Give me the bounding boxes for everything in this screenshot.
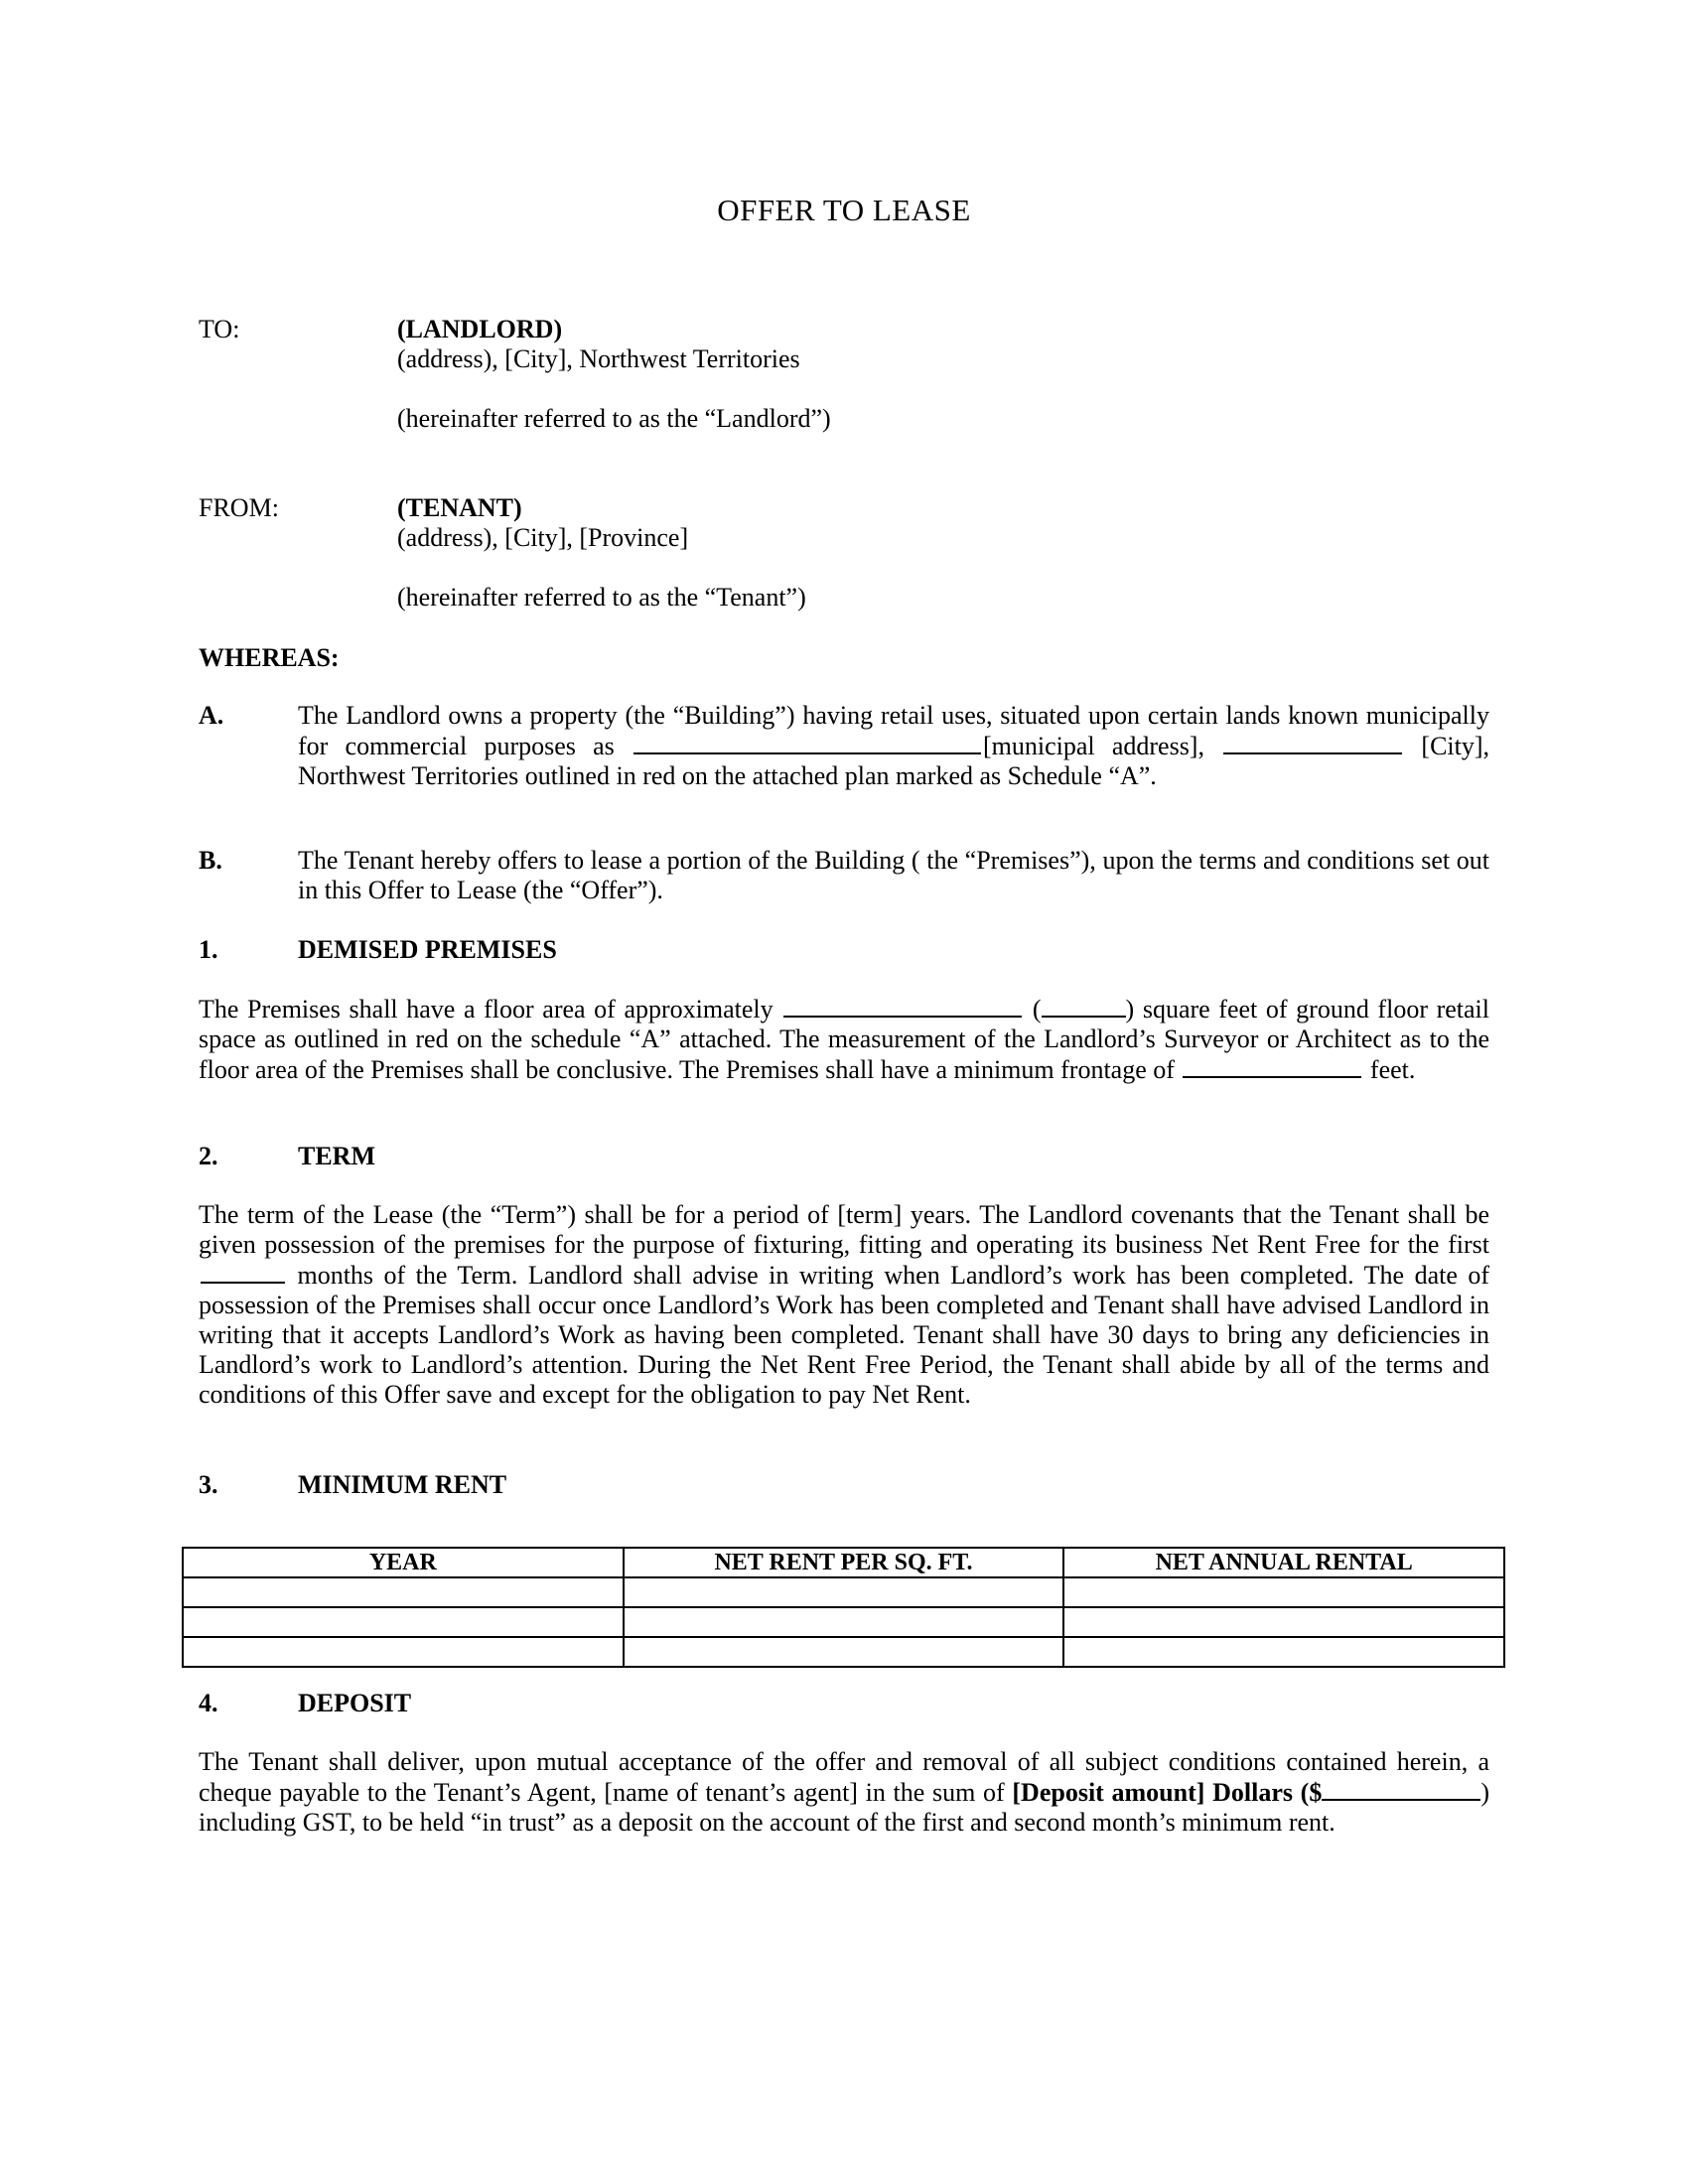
section-1-text: The Premises shall have a floor area of … xyxy=(199,994,1489,1085)
section-4-number: 4. xyxy=(199,1689,218,1718)
recital-a-marker: A. xyxy=(199,701,223,731)
from-label: FROM: xyxy=(199,493,279,523)
column-header-net-rent-per-sq-ft: NET RENT PER SQ. FT. xyxy=(624,1548,1064,1577)
table-cell[interactable] xyxy=(1063,1577,1504,1607)
table-cell[interactable] xyxy=(624,1607,1064,1637)
table-cell[interactable] xyxy=(1063,1607,1504,1637)
section-2-text: The term of the Lease (the “Term”) shall… xyxy=(199,1200,1489,1410)
section-3-number: 3. xyxy=(199,1470,218,1500)
tenant-block: (TENANT) (address), [City], [Province] (… xyxy=(397,493,806,613)
landlord-name: (LANDLORD) xyxy=(397,315,831,344)
section-1-title: DEMISED PREMISES xyxy=(298,935,557,965)
landlord-address: (address), [City], Northwest Territories xyxy=(397,344,831,374)
table-cell[interactable] xyxy=(183,1637,624,1667)
table-row xyxy=(183,1577,1504,1607)
frontage-blank[interactable] xyxy=(1183,1054,1361,1078)
section-2-title: TERM xyxy=(298,1142,375,1171)
tenant-reference: (hereinafter referred to as the “Tenant”… xyxy=(397,583,806,613)
document-page: OFFER TO LEASE TO: (LANDLORD) (address),… xyxy=(0,0,1688,2184)
table-cell[interactable] xyxy=(183,1577,624,1607)
column-header-net-annual-rental: NET ANNUAL RENTAL xyxy=(1063,1548,1504,1577)
table-row xyxy=(183,1637,1504,1667)
section-1-number: 1. xyxy=(199,935,218,965)
rent-free-months-blank[interactable] xyxy=(201,1260,285,1284)
document-title: OFFER TO LEASE xyxy=(0,193,1688,228)
floor-area-words-blank[interactable] xyxy=(783,994,1022,1018)
section-4-title: DEPOSIT xyxy=(298,1689,411,1718)
city-blank[interactable] xyxy=(1223,731,1402,754)
column-header-year: YEAR xyxy=(183,1548,624,1577)
table-header-row: YEAR NET RENT PER SQ. FT. NET ANNUAL REN… xyxy=(183,1548,1504,1577)
table-row xyxy=(183,1607,1504,1637)
table-cell[interactable] xyxy=(183,1607,624,1637)
tenant-address: (address), [City], [Province] xyxy=(397,523,806,553)
municipal-address-blank[interactable] xyxy=(633,731,981,754)
table-cell[interactable] xyxy=(624,1577,1064,1607)
landlord-reference: (hereinafter referred to as the “Landlor… xyxy=(397,404,831,434)
floor-area-number-blank[interactable] xyxy=(1042,994,1126,1018)
section-4-text: The Tenant shall deliver, upon mutual ac… xyxy=(199,1747,1489,1838)
recital-b-text: The Tenant hereby offers to lease a port… xyxy=(298,846,1489,905)
tenant-name: (TENANT) xyxy=(397,493,806,523)
to-label: TO: xyxy=(199,315,239,344)
table-cell[interactable] xyxy=(1063,1637,1504,1667)
table-cell[interactable] xyxy=(624,1637,1064,1667)
deposit-amount-blank[interactable] xyxy=(1322,1777,1480,1801)
whereas-heading: WHEREAS: xyxy=(199,643,340,673)
section-2-number: 2. xyxy=(199,1142,218,1171)
minimum-rent-table: YEAR NET RENT PER SQ. FT. NET ANNUAL REN… xyxy=(182,1547,1505,1668)
recital-a-text: The Landlord owns a property (the “Build… xyxy=(298,701,1489,791)
recital-b-marker: B. xyxy=(199,846,222,876)
landlord-block: (LANDLORD) (address), [City], Northwest … xyxy=(397,315,831,434)
section-3-title: MINIMUM RENT xyxy=(298,1470,506,1500)
